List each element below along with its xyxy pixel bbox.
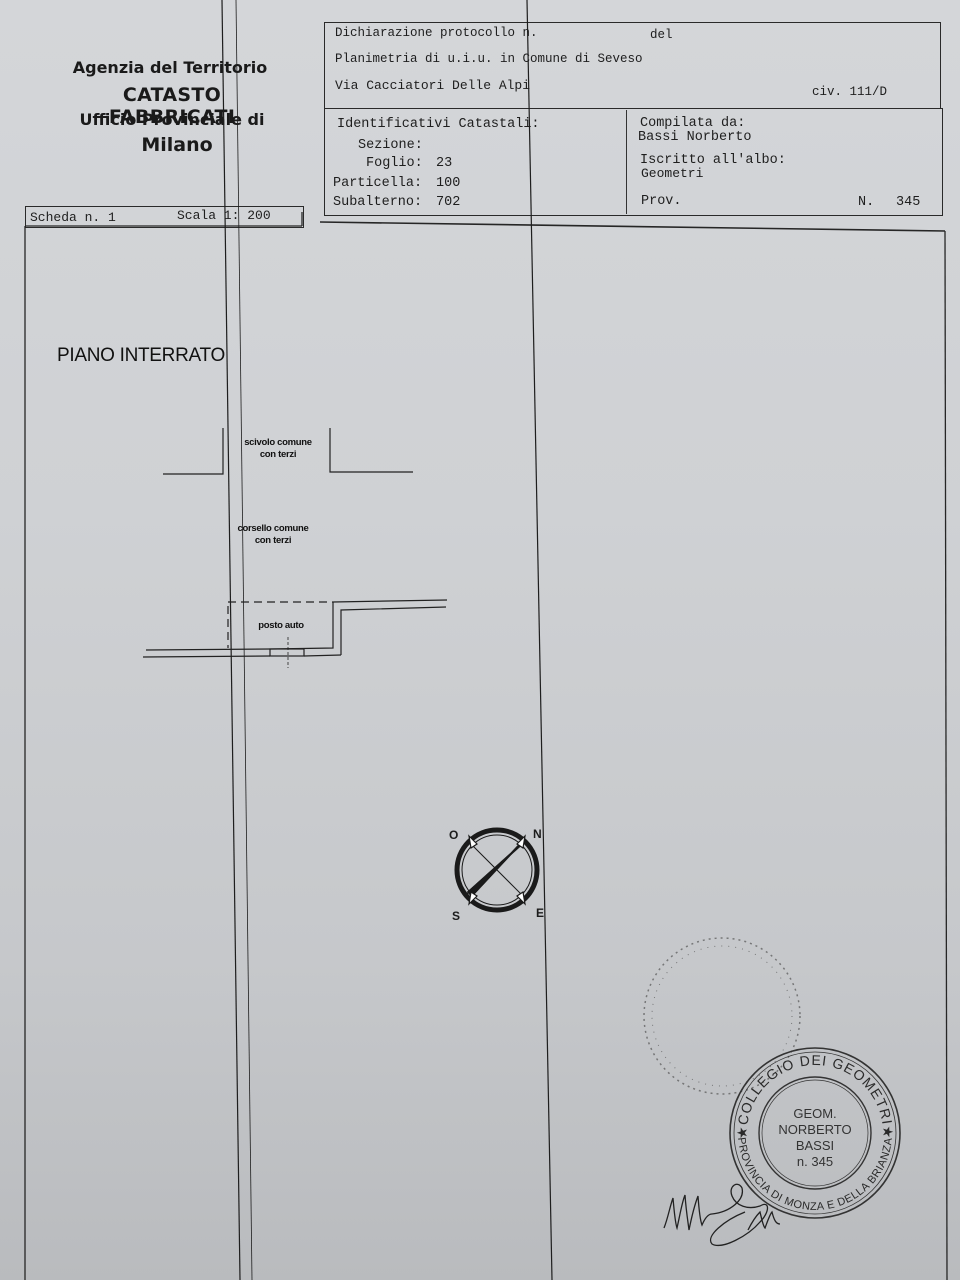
aisle-label-line2: con terzi [228, 535, 318, 547]
compass-rose-icon [457, 830, 537, 910]
stamp-line2: NORBERTO [765, 1122, 865, 1138]
signature [664, 1184, 780, 1245]
stamp-line1: GEOM. [765, 1106, 865, 1122]
fold-lines [222, 0, 552, 1280]
stamp-line3: BASSI [765, 1138, 865, 1154]
aisle-label: corsello comune con terzi [228, 523, 318, 547]
stamp-inner-text: GEOM. NORBERTO BASSI n. 345 [765, 1106, 865, 1170]
parking-label: posto auto [251, 620, 311, 632]
drawing-canvas [0, 0, 960, 1280]
ramp-label-line1: scivolo comune [236, 437, 320, 449]
floor-title: PIANO INTERRATO [57, 345, 225, 367]
stamp-line4: n. 345 [765, 1154, 865, 1170]
compass-south-label: S [452, 909, 460, 923]
faded-office-stamp [644, 938, 800, 1094]
aisle-label-line1: corsello comune [228, 523, 318, 535]
ramp-label-line2: con terzi [236, 449, 320, 461]
parking-walls [143, 600, 447, 668]
compass-east-label: E [536, 906, 544, 920]
compass-west-label: O [449, 828, 458, 842]
ramp-label: scivolo comune con terzi [236, 437, 320, 461]
compass-north-label: N [533, 827, 542, 841]
